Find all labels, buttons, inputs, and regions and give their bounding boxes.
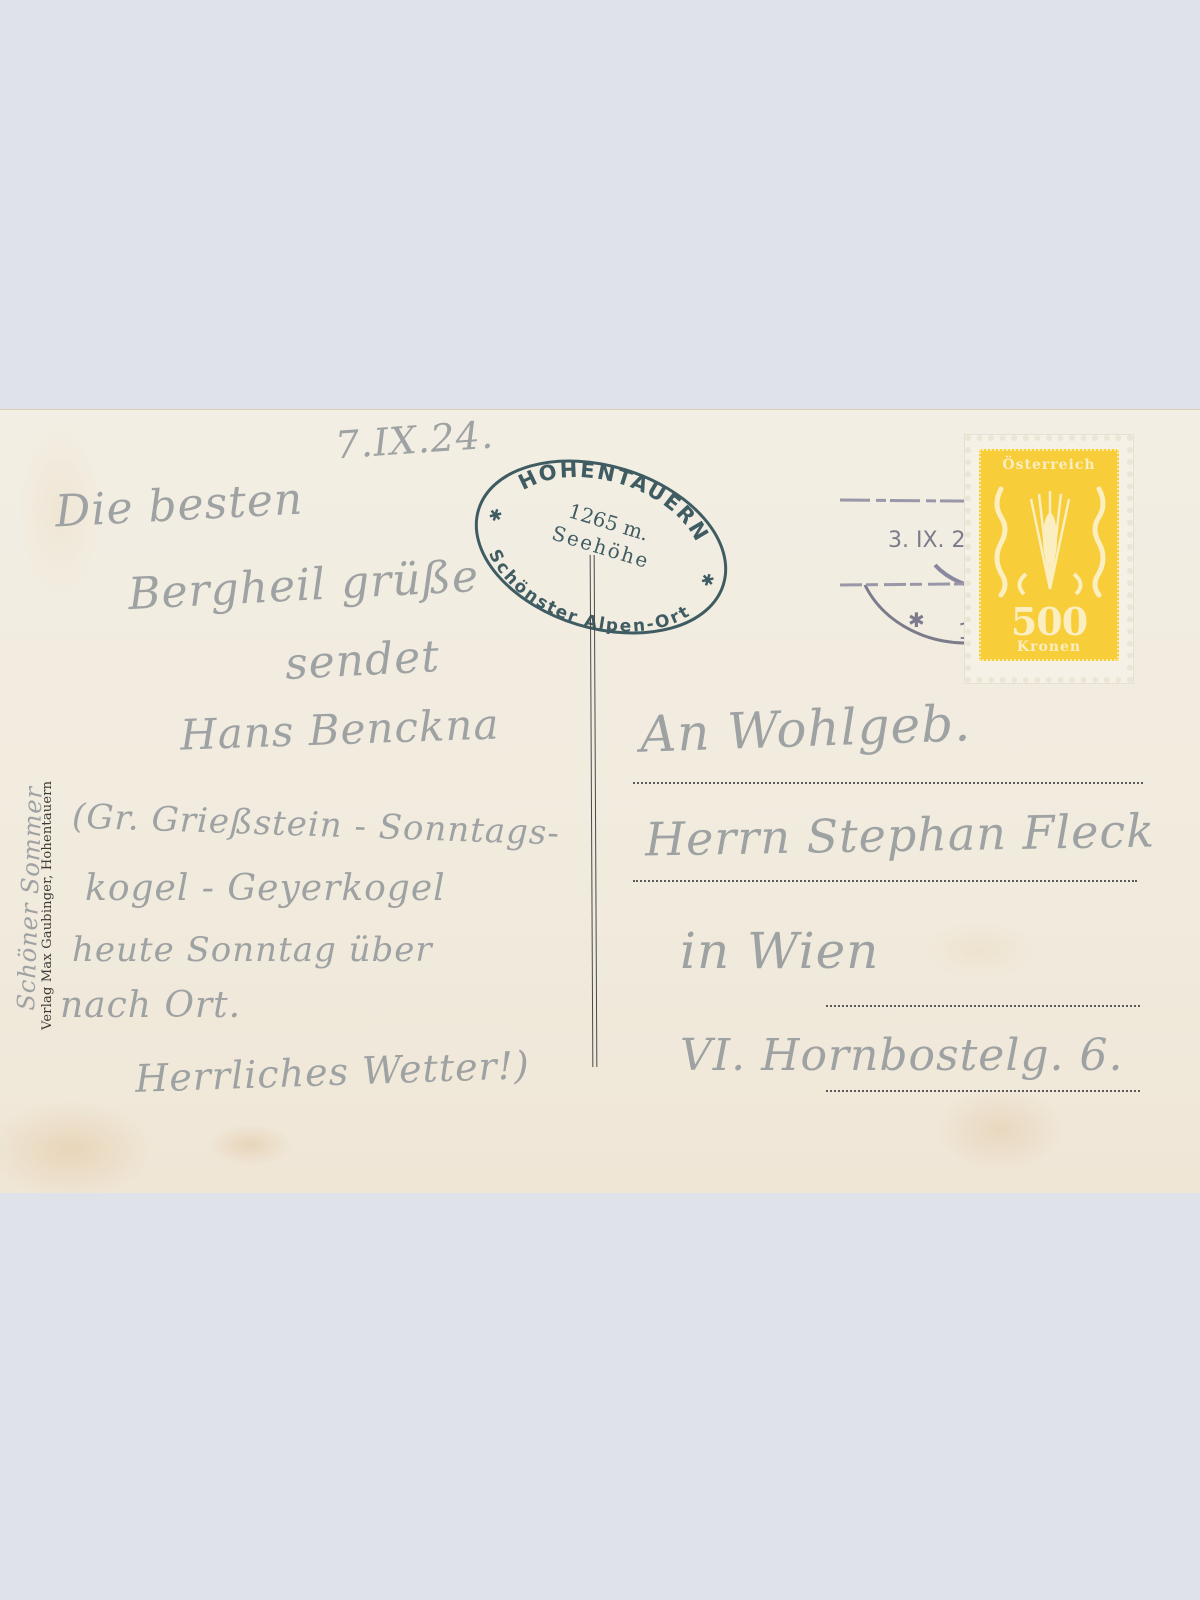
stamp-country: Österreich [981, 457, 1117, 473]
address-line: An Wohlgeb. [639, 694, 972, 764]
address-line-rule [826, 1090, 1140, 1092]
stamp-value: 500 [981, 599, 1117, 644]
postmark-star-icon: ✱ [908, 608, 925, 632]
address-line: VI. Hornbostelg. 6. [680, 1030, 1124, 1081]
address-line-rule [633, 880, 1137, 882]
message-line: heute Sonntag über [72, 930, 433, 970]
address-line-rule [826, 1005, 1140, 1007]
postage-stamp: Österreich 500 Kronen [965, 435, 1133, 683]
message-line: nach Ort. [60, 985, 241, 1026]
wheat-sheaf-icon [991, 479, 1109, 599]
address-line: in Wien [680, 922, 879, 980]
message-line: kogel - Geyerkogel [85, 868, 446, 909]
message-line: sendet [284, 631, 441, 690]
address-line: Herrn Stephan Fleck [645, 804, 1156, 867]
address-line-rule [633, 782, 1143, 784]
stamp-currency: Kronen [981, 639, 1117, 655]
